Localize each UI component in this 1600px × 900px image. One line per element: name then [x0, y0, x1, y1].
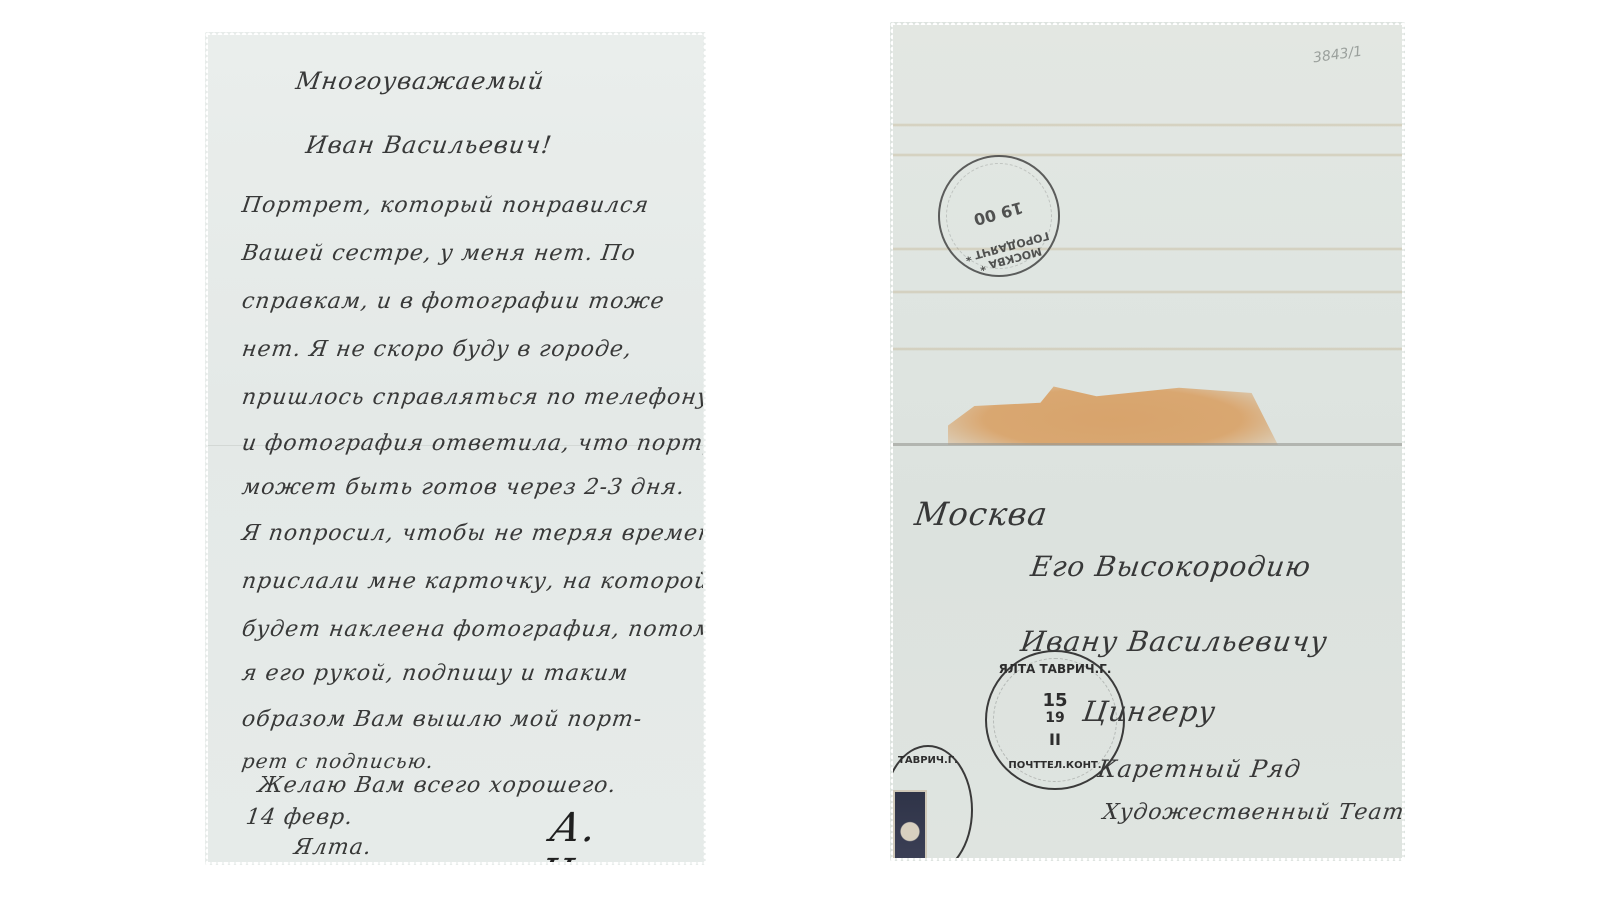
- document-stage: Многоуважаемый Иван Васильевич! Портрет,…: [0, 0, 1600, 900]
- moscow-postmark: МОСКВА * ГОРОДАЯЧТ * 19 00: [924, 141, 1073, 290]
- letter-line: будет наклеена фотография, потом: [240, 617, 703, 642]
- letter-salutation-1: Многоуважаемый: [294, 67, 546, 95]
- envelope-fold: [893, 153, 1402, 157]
- letter-closing: Желаю Вам всего хорошего.: [256, 773, 618, 798]
- postmark-text: ТАВРИЧ.Г.: [893, 755, 971, 766]
- postmark-month: II: [987, 730, 1123, 749]
- letter-line: Я попросил, чтобы не теряя времени,: [240, 521, 703, 546]
- letter-salutation-2: Иван Васильевич!: [304, 131, 554, 159]
- envelope-fold: [893, 290, 1402, 294]
- letter-line: нет. Я не скоро буду в городе,: [240, 337, 633, 362]
- address-city: Москва: [912, 495, 1050, 533]
- yalta-postmark: ЯЛТА ТАВРИЧ.Г. 15 19 II ПОЧТТЕЛ.КОНТ.: [985, 650, 1125, 790]
- letter-place: Ялта.: [292, 835, 373, 860]
- envelope-crease: [893, 443, 1402, 446]
- postmark-year: 19: [987, 710, 1123, 726]
- letter-signature: А. Чехов: [536, 805, 703, 862]
- letter-line: пришлось справляться по телефону,: [240, 385, 703, 410]
- letter-line: справкам, и в фотографии тоже: [240, 289, 666, 314]
- letter-paper: Многоуважаемый Иван Васильевич! Портрет,…: [208, 35, 703, 862]
- address-line: Художественный Театр: [1101, 800, 1402, 825]
- letter-date: 14 февр.: [244, 805, 355, 830]
- letter-line: Вашей сестре, у меня нет. По: [240, 241, 637, 266]
- letter-line: может быть готов через 2-3 дня.: [240, 475, 687, 500]
- letter-line: прислали мне карточку, на которой: [240, 569, 703, 594]
- letter-line: Портрет, который понравился: [240, 193, 650, 218]
- envelope-fold: [893, 347, 1402, 351]
- envelope-fold: [893, 123, 1402, 127]
- envelope-sheet: 3843/1 МОСКВА * ГОРОДАЯЧТ * 19 00 Москва…: [893, 25, 1402, 858]
- address-line: Каретный Ряд: [1096, 755, 1303, 783]
- glue-stain: [948, 380, 1278, 445]
- letter-line: рет с подписью.: [240, 749, 435, 773]
- postage-stamp: [893, 790, 927, 858]
- letter-line: образом Вам вышлю мой порт-: [240, 707, 644, 732]
- envelope-paper: 3843/1 МОСКВА * ГОРОДАЯЧТ * 19 00 Москва…: [893, 25, 1402, 858]
- letter-line: и фотография ответила, что портрет: [240, 431, 703, 456]
- postmark-day: 15: [987, 690, 1123, 711]
- letter-line: я его рукой, подпишу и таким: [240, 661, 630, 686]
- letter-sheet: Многоуважаемый Иван Васильевич! Портрет,…: [208, 35, 703, 862]
- archive-number: 3843/1: [1312, 44, 1363, 67]
- postmark-bottom-text: ПОЧТТЕЛ.КОНТ.: [987, 760, 1123, 771]
- address-line: Его Высокородию: [1029, 550, 1314, 583]
- postmark-top-text: ЯЛТА ТАВРИЧ.Г.: [987, 662, 1123, 676]
